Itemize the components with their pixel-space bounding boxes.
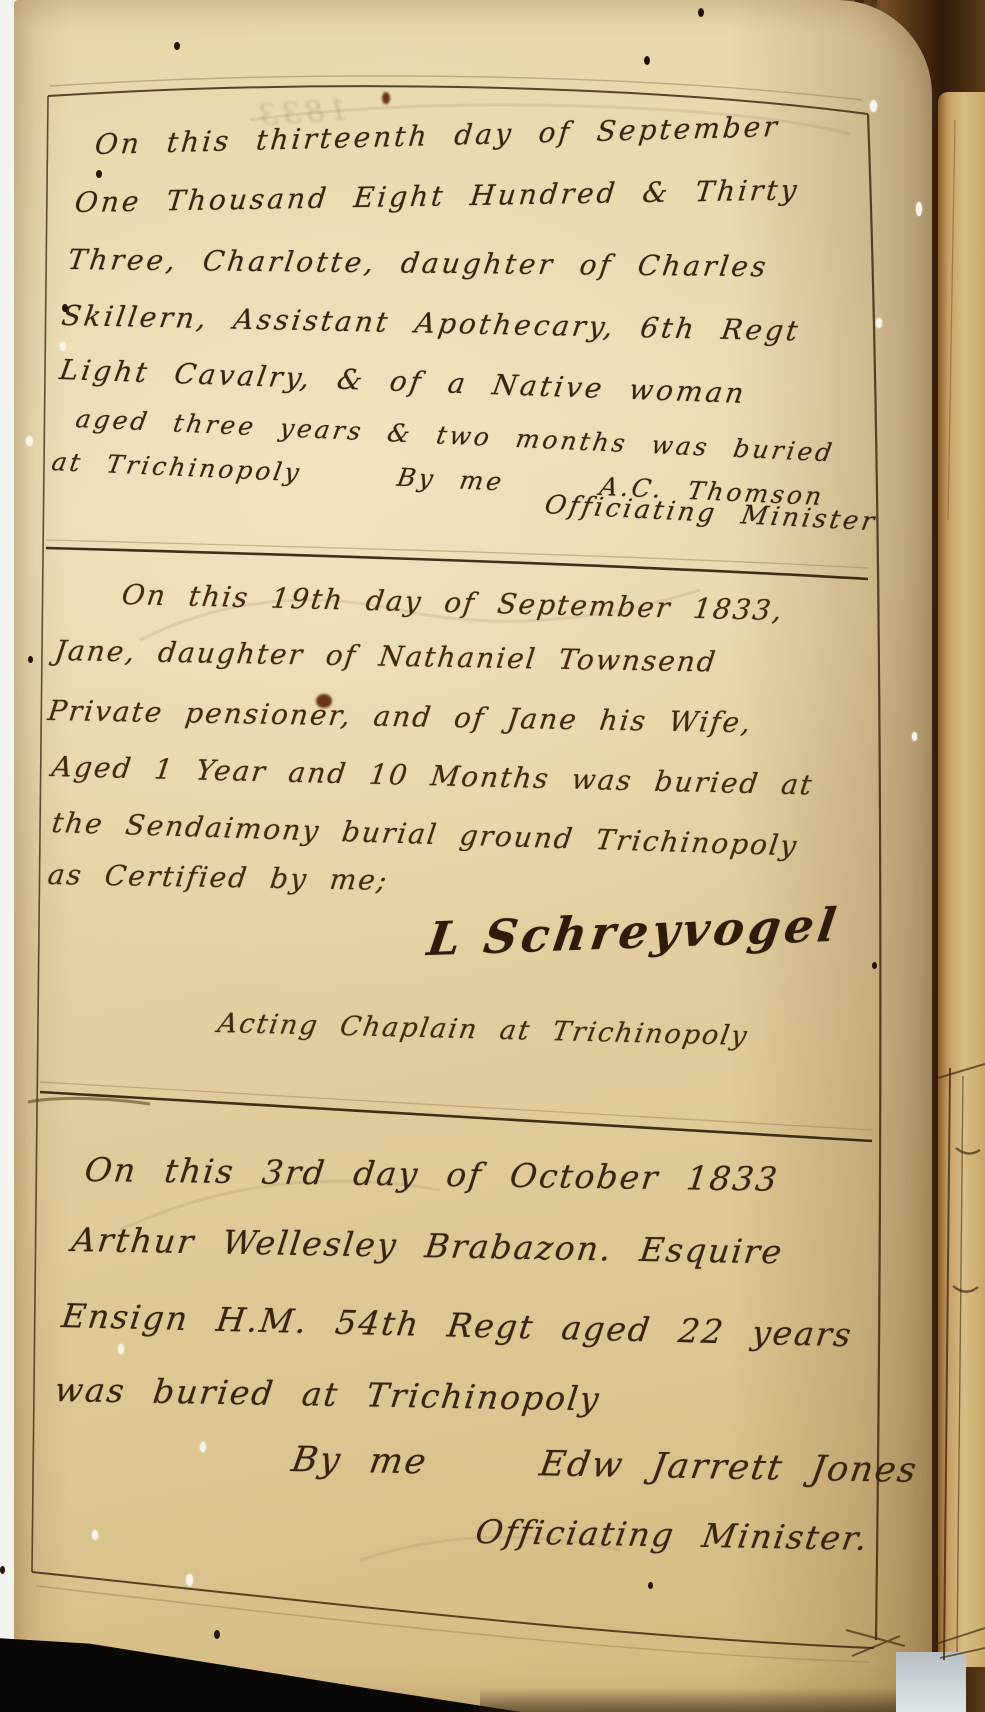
entry-3-line-6: Officiating Minister. [473,1512,872,1558]
entry-divider-2 [28,1082,872,1141]
adjacent-page-edge-lines [936,120,985,1660]
burial-register-photo: 1833 On this thirteenth day of September… [0,0,985,1712]
entry-divider-1 [46,540,868,579]
entry-2-line-6: as Certified by me; [46,858,390,897]
